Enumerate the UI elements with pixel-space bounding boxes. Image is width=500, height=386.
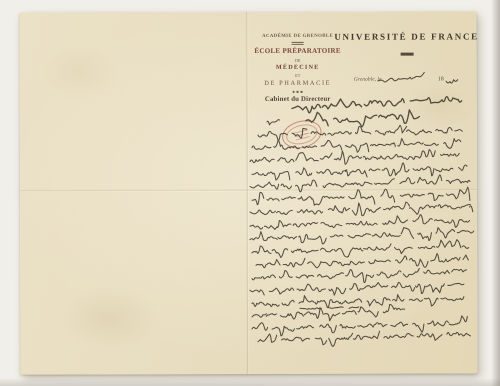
archive-stamp — [279, 116, 324, 152]
school-name-line3: MÉDECINE — [252, 64, 344, 71]
university-divider — [400, 53, 413, 56]
school-name-line5: DE PHARMACIE — [252, 80, 344, 87]
office-name: Cabinet du Directeur — [252, 95, 344, 102]
vertical-fold-crease — [246, 12, 250, 374]
academy-name: ACADÉMIE DE GRENOBLE — [252, 34, 344, 39]
horizontal-fold-crease — [20, 188, 477, 192]
photo-bottom-edge-shadow — [0, 378, 500, 386]
school-name-line1: ÉCOLE PRÉPARATOIRE — [252, 47, 344, 55]
school-name-line2: DE — [252, 57, 344, 62]
letterhead-university-block: UNIVERSITÉ DE FRANCE — [332, 31, 482, 55]
photo-right-edge-shadow — [491, 0, 500, 386]
school-name-line4: ET — [252, 73, 344, 78]
date-line: Grenoble, le 18 — [354, 73, 484, 87]
letter-paper: ACADÉMIE DE GRENOBLE ÉCOLE PRÉPARATOIRE … — [20, 11, 478, 374]
letterhead-divider — [292, 41, 304, 42]
date-line-century: 18 — [438, 76, 444, 82]
letterhead-ornament — [293, 90, 303, 92]
letterhead-school-block: ACADÉMIE DE GRENOBLE ÉCOLE PRÉPARATOIRE … — [252, 34, 344, 103]
date-line-prefix: Grenoble, le — [354, 77, 382, 83]
university-name: UNIVERSITÉ DE FRANCE — [332, 31, 482, 41]
letter-photo: ACADÉMIE DE GRENOBLE ÉCOLE PRÉPARATOIRE … — [0, 0, 500, 386]
